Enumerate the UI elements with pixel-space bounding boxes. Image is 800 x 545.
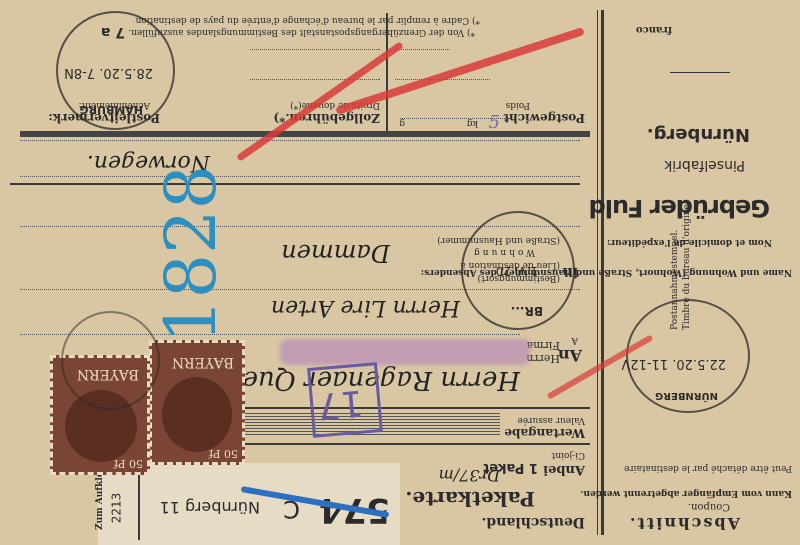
value-label-de: Wertangabe: [504, 426, 585, 440]
sender-business: Pinselfabrik: [664, 157, 745, 173]
coupon-note-de: Kann vom Empfänger abgetrennt werden.: [580, 488, 792, 498]
handwritten-city: Dammen: [281, 239, 390, 267]
sender-name: Gebrüder Fuld: [590, 194, 770, 222]
customs-dots-2: [250, 79, 380, 80]
rule: [10, 183, 580, 185]
box-mark: 17: [307, 362, 383, 438]
weight-unit-kg: kg: [467, 118, 478, 128]
handwritten-code: Dr37/m: [439, 466, 500, 485]
parcel-card: Abschnitt. Coupon. Kann vom Empfänger ab…: [0, 0, 800, 545]
franco-label: franco: [636, 24, 672, 35]
country-label: Deutschland.: [481, 514, 585, 530]
customs-dots-4: [250, 49, 380, 50]
herrn-label: Herrn: [526, 352, 560, 365]
parcel-label: 574 C Nürnberg 11 2213: [98, 463, 400, 545]
coupon-note-fr: Peut être détaché par le destinataire: [624, 463, 792, 473]
coupon-subtitle: Coupon.: [688, 501, 730, 512]
thick-rule: [20, 131, 590, 137]
handwritten-blue-number: 1828: [150, 165, 232, 343]
postage-stamp-1: BAYERN 50 Pf: [149, 340, 245, 465]
label-office: Nürnberg 11: [160, 498, 260, 517]
violet-stamp-smear: [280, 339, 530, 365]
weight-label-de: Postgewicht: [504, 111, 586, 125]
to-label-de: An: [558, 346, 582, 365]
postmark-over-stamps: [61, 311, 160, 410]
enclosure-label-de: Anbei: [543, 462, 585, 477]
portrait: [162, 377, 232, 452]
customs-dots-3: [395, 49, 450, 50]
sender-label-fr: Nom et domicile de l'expéditeur:: [607, 237, 772, 247]
sender-city: Nürnberg.: [647, 124, 750, 145]
label-code: 2213: [110, 493, 124, 524]
firma-label: Firma: [527, 339, 560, 352]
card-title: Paketkarte.: [405, 487, 535, 511]
postmark-destination: 1.VI.20 BR...: [461, 211, 575, 330]
parcel-card-upright: Abschnitt. Coupon. Kann vom Empfänger ab…: [0, 0, 800, 545]
to-label-fr: A: [572, 335, 579, 345]
postmark-hamburg: 28.5.20. 7-8N HAMBURG 7 a: [56, 11, 175, 130]
weight-value: 5: [489, 112, 500, 133]
rule: [210, 443, 590, 445]
value-label-fr: Valeur assurée: [517, 415, 585, 425]
ornament-divider: [670, 72, 730, 73]
red-crayon-stroke: [335, 27, 585, 115]
address-line-4: [20, 176, 580, 177]
handwritten-line2: Herrn Lire Arten: [271, 295, 460, 320]
weight-label-fr: Poids: [506, 100, 530, 110]
footnote-fr: *) Cadre à remplir par le bureau d'échan…: [136, 15, 480, 25]
postmark-nuernberg-coupon: 22.5.20. 11-12V NÜRNBERG: [626, 299, 750, 413]
footnote-de: *) Von der Grenzübergangspostanstalt des…: [128, 27, 475, 37]
coupon-title: Abschnitt.: [628, 514, 740, 533]
address-line-5: [20, 140, 580, 141]
weight-unit-g: g: [399, 118, 405, 128]
rule: [210, 407, 590, 409]
enclosure-label-fr: Ci-joint: [552, 450, 585, 460]
